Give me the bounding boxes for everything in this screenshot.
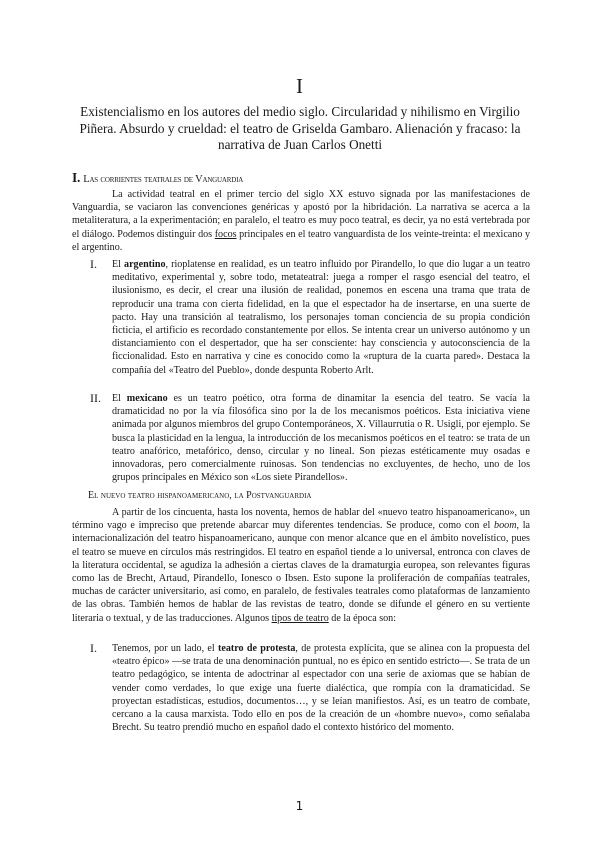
chapter-title: Existencialismo en los autores del medio…	[70, 104, 530, 154]
chapter-number: I	[0, 74, 599, 99]
section-heading-postvanguardia: El nuevo teatro hispanoamericano, la Pos…	[88, 490, 311, 501]
page-number: 1	[0, 799, 599, 813]
document-page: I Existencialismo en los autores del med…	[0, 0, 599, 848]
section-number: I.	[72, 170, 80, 185]
paragraph-postvanguardia-intro: A partir de los cincuenta, hasta los nov…	[72, 506, 530, 625]
list-item-argentino: I. El argentino, rioplatense en realidad…	[90, 258, 530, 377]
section-heading-text: Las corrientes teatrales de Vanguardia	[83, 174, 243, 185]
list-marker: I.	[90, 258, 97, 271]
link-tipos-de-teatro[interactable]: tipos de teatro	[272, 613, 329, 624]
link-focos[interactable]: focos	[215, 229, 237, 240]
list-item-mexicano: II. El mexicano es un teatro poético, ot…	[90, 392, 530, 484]
paragraph-vanguardia-intro: La actividad teatral en el primer tercio…	[72, 188, 530, 254]
list-item-teatro-protesta: I. Tenemos, por un lado, el teatro de pr…	[90, 642, 530, 734]
section-heading-vanguardia: I.Las corrientes teatrales de Vanguardia	[72, 170, 243, 186]
list-marker: II.	[90, 392, 101, 405]
list-marker: I.	[90, 642, 97, 655]
